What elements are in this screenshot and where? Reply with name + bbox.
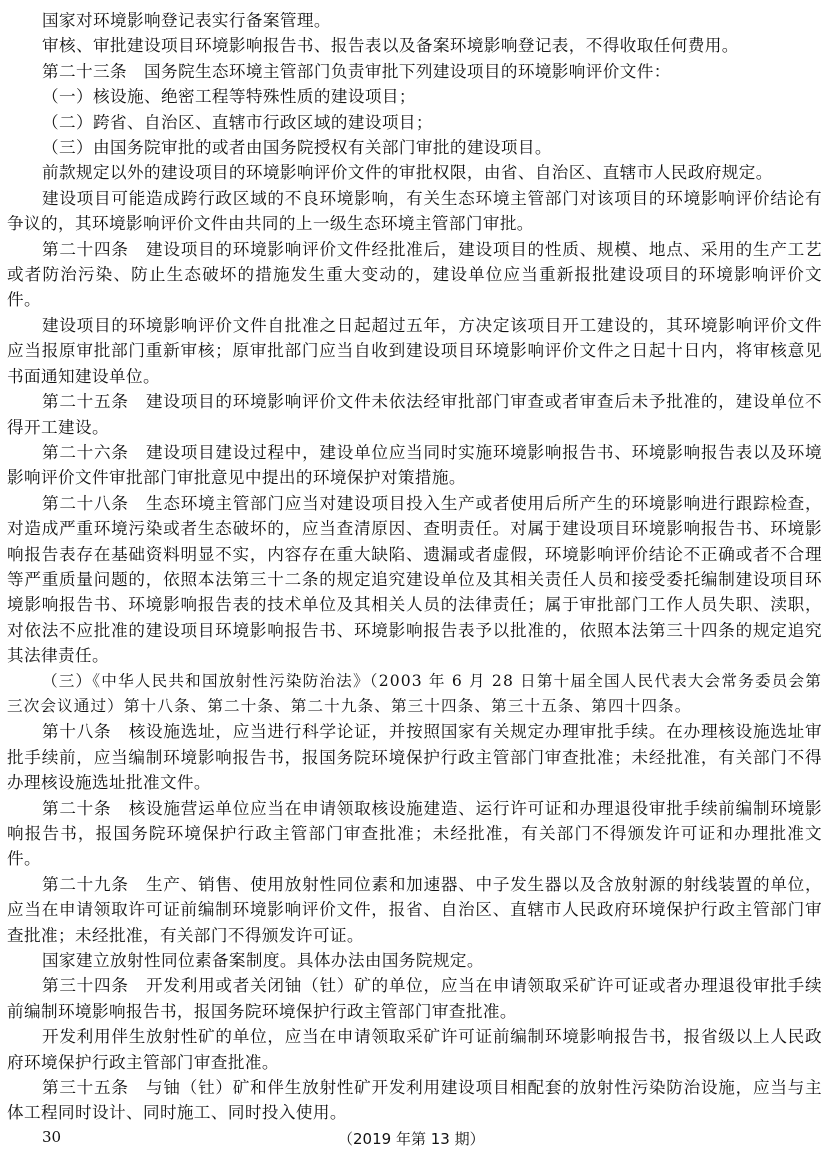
law-reference-heading: （三）《中华人民共和国放射性污染防治法》（2003 年 6 月 28 日第十届全… xyxy=(7,669,822,720)
paragraph: 审核、审批建设项目环境影响报告书、报告表以及备案环境影响登记表，不得收取任何费用… xyxy=(7,33,822,58)
paragraph: 开发利用伴生放射性矿的单位，应当在申请领取采矿许可证前编制环境影响报告书，报省级… xyxy=(7,1024,822,1075)
paragraph: 建设项目可能造成跨行政区域的不良环境影响，有关生态环境主管部门对该项目的环境影响… xyxy=(7,186,822,237)
document-body: 国家对环境影响登记表实行备案管理。 审核、审批建设项目环境影响报告书、报告表以及… xyxy=(7,8,822,1126)
article-26: 第二十六条 建设项目建设过程中，建设单位应当同时实施环境影响报告书、环境影响报告… xyxy=(7,440,822,491)
list-item: （一）核设施、绝密工程等特殊性质的建设项目； xyxy=(7,84,822,109)
article-34: 第三十四条 开发利用或者关闭铀（钍）矿的单位，应当在申请领取采矿许可证或者办理退… xyxy=(7,973,822,1024)
list-item: （三）由国务院审批的或者由国务院授权有关部门审批的建设项目。 xyxy=(7,135,822,160)
list-item: （二）跨省、自治区、直辖市行政区域的建设项目； xyxy=(7,110,822,135)
article-23: 第二十三条 国务院生态环境主管部门负责审批下列建设项目的环境影响评价文件： xyxy=(7,59,822,84)
paragraph: 国家对环境影响登记表实行备案管理。 xyxy=(7,8,822,33)
article-29: 第二十九条 生产、销售、使用放射性同位素和加速器、中子发生器以及含放射源的射线装… xyxy=(7,872,822,948)
issue-label: （2019 年第 13 期） xyxy=(338,1128,485,1149)
article-20: 第二十条 核设施营运单位应当在申请领取核设施建造、运行许可证和办理退役审批手续前… xyxy=(7,796,822,872)
article-28: 第二十八条 生态环境主管部门应当对建设项目投入生产或者使用后所产生的环境影响进行… xyxy=(7,491,822,669)
paragraph: 前款规定以外的建设项目的环境影响评价文件的审批权限，由省、自治区、直辖市人民政府… xyxy=(7,160,822,185)
article-24: 第二十四条 建设项目的环境影响评价文件经批准后，建设项目的性质、规模、地点、采用… xyxy=(7,237,822,313)
page-number: 30 xyxy=(42,1128,61,1146)
paragraph: 国家建立放射性同位素备案制度。具体办法由国务院规定。 xyxy=(7,948,822,973)
article-25: 第二十五条 建设项目的环境影响评价文件未依法经审批部门审查或者审查后未予批准的，… xyxy=(7,389,822,440)
page-footer: 30 （2019 年第 13 期） xyxy=(0,1128,827,1154)
article-18: 第十八条 核设施选址，应当进行科学论证，并按照国家有关规定办理审批手续。在办理核… xyxy=(7,719,822,795)
article-35: 第三十五条 与铀（钍）矿和伴生放射性矿开发利用建设项目相配套的放射性污染防治设施… xyxy=(7,1075,822,1126)
paragraph: 建设项目的环境影响评价文件自批准之日起超过五年，方决定该项目开工建设的，其环境影… xyxy=(7,313,822,389)
